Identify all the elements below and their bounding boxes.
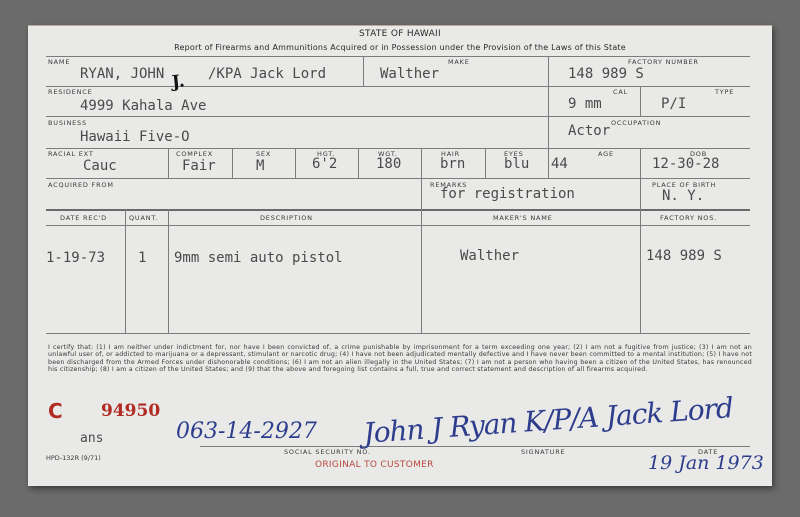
name-alias: /KPA Jack Lord <box>208 66 326 82</box>
divider <box>46 178 750 179</box>
divider <box>46 116 750 117</box>
name-initial: J. <box>171 71 186 92</box>
divider <box>358 148 359 178</box>
complex-value: Fair <box>182 158 216 174</box>
residence-label: RESIDENCE <box>48 88 93 96</box>
type-value: P/I <box>661 96 686 112</box>
signature-line <box>200 446 750 447</box>
table-header-date: DATE REC'D <box>60 214 107 222</box>
signature-label: SIGNATURE <box>521 448 565 456</box>
name-label: NAME <box>48 58 70 66</box>
cal-value: 9 mm <box>568 96 602 112</box>
age-label: AGE <box>598 150 614 158</box>
divider <box>168 209 169 333</box>
ssn-value: 063-14-2927 <box>176 419 317 444</box>
row-maker: Walther <box>460 248 519 264</box>
form-title: STATE OF HAWAII <box>28 29 772 39</box>
divider <box>46 225 750 226</box>
sex-value: M <box>256 158 264 174</box>
divider <box>46 86 750 87</box>
divider <box>640 86 641 116</box>
divider <box>485 148 486 178</box>
racial-ext-label: RACIAL EXT <box>48 150 94 158</box>
type-label: TYPE <box>715 88 734 96</box>
acquired-from-label: ACQUIRED FROM <box>48 181 114 189</box>
copy-label: ORIGINAL TO CUSTOMER <box>315 460 434 470</box>
row-quant: 1 <box>138 250 146 266</box>
racial-ext-value: Cauc <box>83 158 117 174</box>
ssn-label: SOCIAL SECURITY NO. <box>284 448 371 456</box>
table-header-maker: MAKER'S NAME <box>493 214 553 222</box>
divider <box>125 209 126 333</box>
divider <box>232 148 233 178</box>
divider <box>421 148 422 178</box>
divider <box>363 56 364 86</box>
divider <box>421 178 422 209</box>
occupation-label: OCCUPATION <box>611 119 661 127</box>
make-value: Walther <box>380 66 439 82</box>
date-value: 19 Jan 1973 <box>648 452 764 474</box>
divider <box>640 148 641 209</box>
dob-value: 12-30-28 <box>652 156 719 172</box>
occupation-value: Actor <box>568 123 610 139</box>
table-header-factory: FACTORY NOS. <box>660 214 717 222</box>
factory-number-label: FACTORY NUMBER <box>628 58 699 66</box>
sex-label: SEX <box>256 150 271 158</box>
age-value: 44 <box>551 156 568 172</box>
serial-prefix: C <box>48 399 63 423</box>
row-date: 1-19-73 <box>46 250 105 266</box>
row-factory: 148 989 S <box>646 248 722 264</box>
hair-value: brn <box>440 156 465 172</box>
make-label: MAKE <box>448 58 470 66</box>
form-number: HPD-132R (9/71) <box>46 454 101 462</box>
name-value: RYAN, JOHN <box>80 66 164 82</box>
factory-number-value: 148 989 S <box>568 66 644 82</box>
divider <box>640 209 641 333</box>
serial-number: 94950 <box>101 401 160 421</box>
divider <box>168 148 169 178</box>
complex-label: COMPLEX <box>176 150 213 158</box>
wgt-value: 180 <box>376 156 401 172</box>
divider <box>46 56 750 57</box>
certification-text: I certify that: (1) I am neither under i… <box>48 344 752 374</box>
ans-mark: ans <box>80 431 103 446</box>
form-subtitle: Report of Firearms and Ammunitions Acqui… <box>28 43 772 52</box>
residence-value: 4999 Kahala Ave <box>80 98 206 114</box>
table-header-description: DESCRIPTION <box>260 214 313 222</box>
cal-label: CAL <box>613 88 628 96</box>
divider <box>46 333 750 334</box>
signature: John J Ryan K/P/A Jack Lord <box>362 391 734 450</box>
row-description: 9mm semi auto pistol <box>174 250 343 266</box>
table-header-quant: QUANT. <box>129 214 158 222</box>
business-label: BUSINESS <box>48 119 87 127</box>
eyes-value: blu <box>504 156 529 172</box>
divider <box>46 209 750 211</box>
divider <box>548 56 549 178</box>
divider <box>421 209 422 333</box>
divider <box>295 148 296 178</box>
remarks-value: for registration <box>440 186 575 202</box>
hgt-value: 6'2 <box>312 156 337 172</box>
firearms-registration-card: STATE OF HAWAII Report of Firearms and A… <box>28 25 772 486</box>
business-value: Hawaii Five-O <box>80 129 190 145</box>
place-of-birth-value: N. Y. <box>662 188 704 204</box>
divider <box>46 148 750 149</box>
